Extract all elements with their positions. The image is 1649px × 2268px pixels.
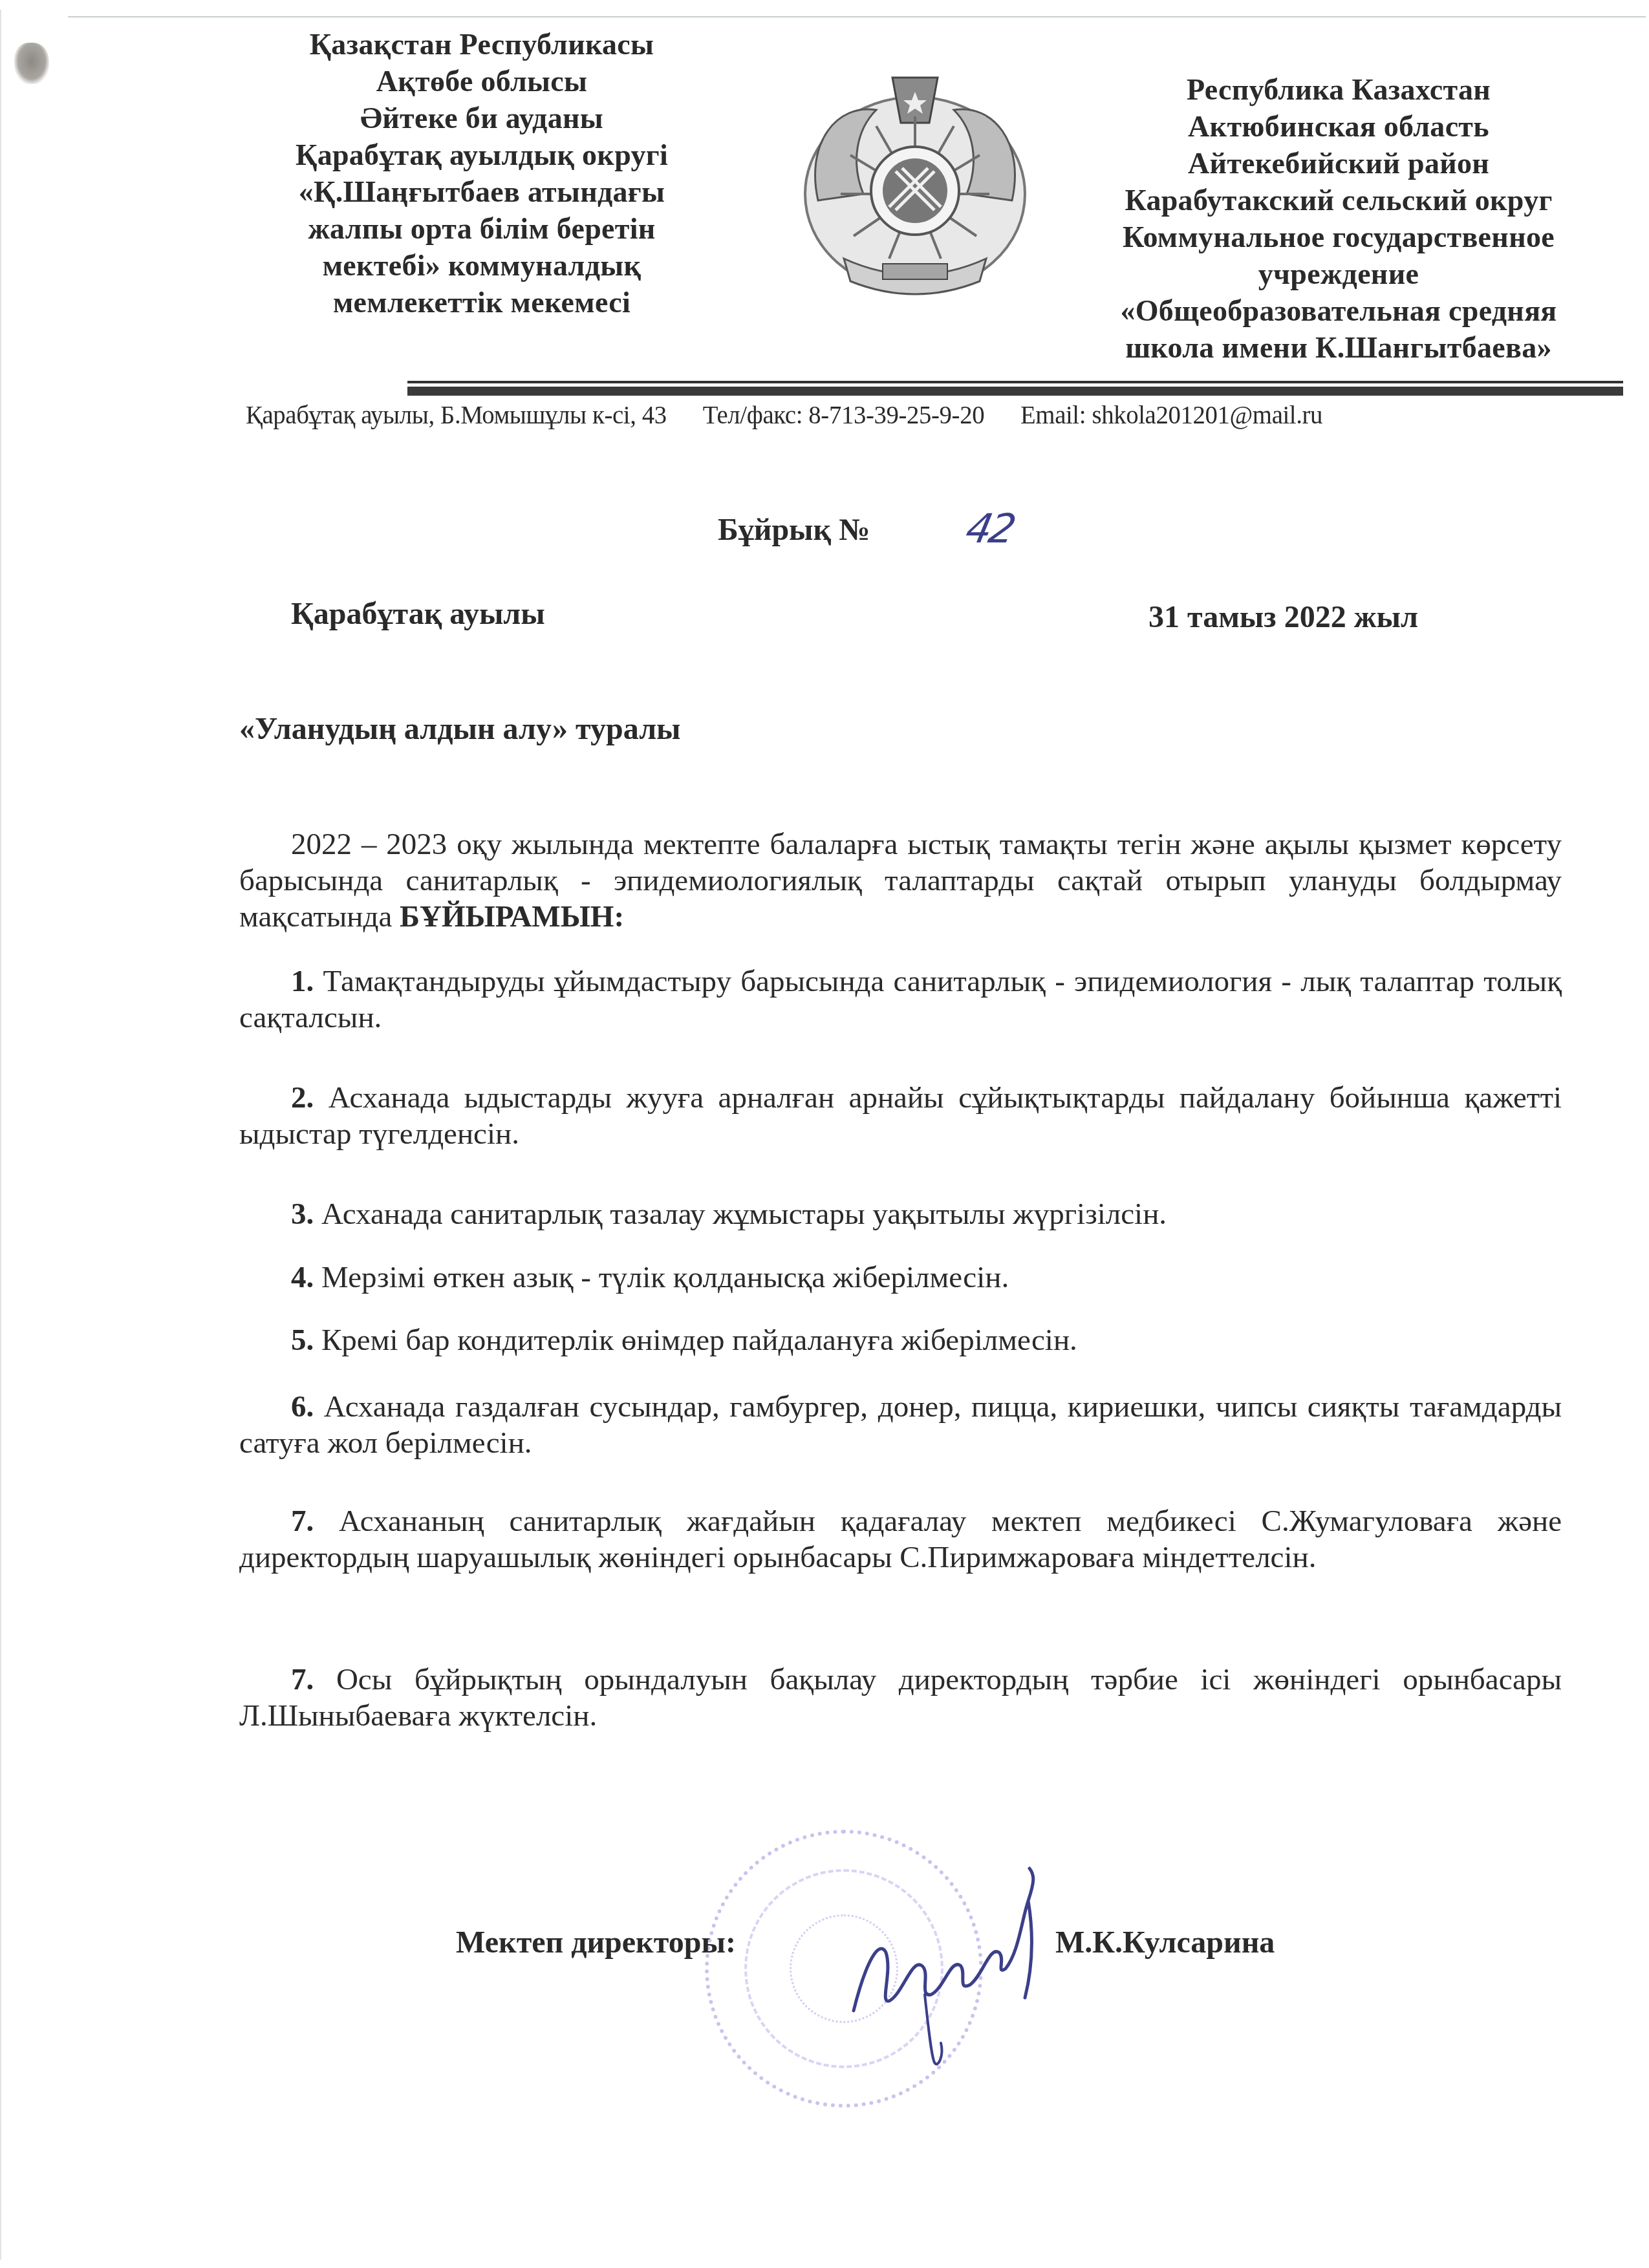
item-number: 1. bbox=[291, 965, 314, 998]
item-text: Мерзімі өткен азық - түлік қолданысқа жі… bbox=[321, 1261, 1009, 1294]
order-item: 2. Асханада ыдыстарды жууға арналған арн… bbox=[239, 1080, 1562, 1152]
item-text: Асханада санитарлық тазалау жұмыстары уа… bbox=[321, 1197, 1167, 1231]
header-ru-line: Республика Казахстан bbox=[1073, 71, 1604, 108]
order-date: 31 тамыз 2022 жыл bbox=[1148, 598, 1418, 637]
header-ru-line: Коммунальное государственное bbox=[1073, 219, 1604, 255]
intro-emphasis: БҰЙЫРАМЫН: bbox=[400, 900, 624, 934]
header-divider-thick bbox=[407, 387, 1623, 396]
item-text: Асхананың санитарлық жағдайын қадағалау … bbox=[239, 1504, 1562, 1574]
state-emblem-icon bbox=[779, 65, 1051, 310]
item-text: Кремі бар кондитерлік өнімдер пайдалануғ… bbox=[321, 1323, 1077, 1357]
header-ru-line: школа имени К.Шангытбаева» bbox=[1073, 329, 1604, 366]
scan-smudge bbox=[14, 43, 49, 84]
header-kz-line: Қазақстан Республикасы bbox=[249, 26, 715, 63]
signatory-role: Мектеп директоры: bbox=[456, 1923, 736, 1962]
signatory-name: М.К.Кулсарина bbox=[1055, 1923, 1275, 1962]
header-kz-line: мектебі» коммуналдық bbox=[249, 247, 715, 284]
item-number: 3. bbox=[291, 1197, 314, 1231]
item-number: 7. bbox=[291, 1504, 314, 1538]
contact-email: Email: shkola201201@mail.ru bbox=[1020, 400, 1322, 429]
order-item: 3. Асханада санитарлық тазалау жұмыстары… bbox=[239, 1196, 1562, 1232]
header-kazakh-block: Қазақстан Республикасы Ақтөбе облысы Әйт… bbox=[249, 26, 715, 321]
header-russian-block: Республика Казахстан Актюбинская область… bbox=[1073, 71, 1604, 366]
contact-line: Қарабұтақ ауылы, Б.Момышұлы к-сі, 43 Тел… bbox=[246, 398, 1588, 432]
order-number-handwritten: 42 bbox=[962, 508, 1017, 550]
header-kz-line: мемлекеттік мекемесі bbox=[249, 284, 715, 321]
item-text: Осы бұйрықтың орындалуын бақылау директо… bbox=[239, 1663, 1562, 1733]
header-ru-line: «Общеобразовательная средняя bbox=[1073, 292, 1604, 329]
order-item: 5. Кремі бар кондитерлік өнімдер пайдала… bbox=[239, 1322, 1562, 1358]
header-kz-line: жалпы орта білім беретін bbox=[249, 210, 715, 247]
header-kz-line: «Қ.Шаңғытбаев атындағы bbox=[249, 173, 715, 210]
item-text: Тамақтандыруды ұйымдастыру барысында сан… bbox=[239, 965, 1562, 1034]
item-text: Асханада газдалған сусындар, гамбургер, … bbox=[239, 1390, 1562, 1460]
order-subject: «Уланудың алдын алу» туралы bbox=[239, 710, 681, 749]
header-kz-line: Ақтөбе облысы bbox=[249, 63, 715, 100]
header-ru-line: Карабутакский сельский округ bbox=[1073, 182, 1604, 219]
item-number: 4. bbox=[291, 1261, 314, 1294]
order-item: 7. Осы бұйрықтың орындалуын бақылау дире… bbox=[239, 1662, 1562, 1734]
order-item: 7. Асхананың санитарлық жағдайын қадағал… bbox=[239, 1503, 1562, 1576]
item-number: 5. bbox=[291, 1323, 314, 1357]
order-place: Қарабұтақ ауылы bbox=[291, 595, 545, 634]
item-number: 2. bbox=[291, 1081, 314, 1115]
contact-address: Қарабұтақ ауылы, Б.Момышұлы к-сі, 43 bbox=[246, 400, 667, 429]
contact-phone: Тел/факс: 8-713-39-25-9-20 bbox=[703, 400, 984, 429]
item-number: 7. bbox=[291, 1663, 314, 1696]
order-item: 4. Мерзімі өткен азық - түлік қолданысқа… bbox=[239, 1259, 1562, 1296]
header-ru-line: Айтекебийский район bbox=[1073, 145, 1604, 182]
header-kz-line: Әйтеке би ауданы bbox=[249, 100, 715, 136]
item-number: 6. bbox=[291, 1390, 314, 1424]
item-text: Асханада ыдыстарды жууға арналған арнайы… bbox=[239, 1081, 1562, 1151]
header-kz-line: Қарабұтақ ауылдық округі bbox=[249, 136, 715, 173]
order-item: 1. Тамақтандыруды ұйымдастыру барысында … bbox=[239, 963, 1562, 1036]
header-ru-line: Актюбинская область bbox=[1073, 108, 1604, 145]
order-title: Бұйрық № bbox=[718, 511, 870, 550]
scan-edge-shadow bbox=[0, 10, 1, 2260]
header-divider-thin bbox=[407, 381, 1623, 383]
handwritten-signature bbox=[841, 1862, 1054, 2075]
order-item: 6. Асханада газдалған сусындар, гамбурге… bbox=[239, 1389, 1562, 1461]
scan-top-line bbox=[68, 16, 1646, 17]
header-ru-line: учреждение bbox=[1073, 255, 1604, 292]
order-intro-paragraph: 2022 – 2023 оқу жылында мектепте балалар… bbox=[239, 826, 1562, 935]
